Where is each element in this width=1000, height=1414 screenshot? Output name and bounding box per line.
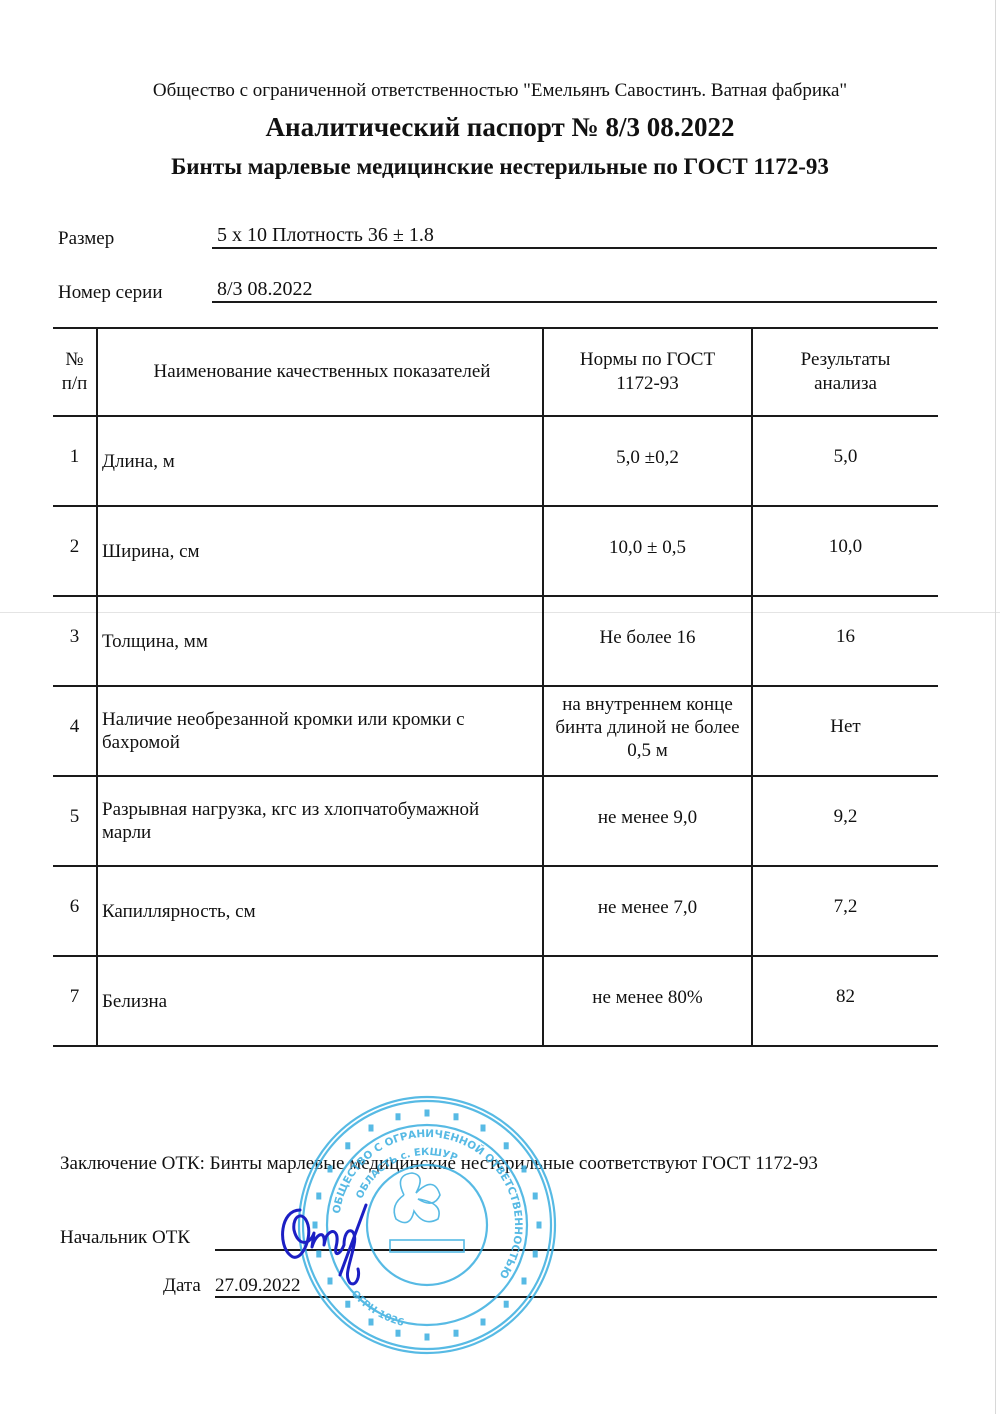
row-result: 16 [752,596,938,686]
row-gost-norm: не менее 7,0 [543,866,752,956]
row-num: 1 [53,416,97,506]
row-num: 4 [53,686,97,776]
size-underline [212,247,937,249]
table-row: 2Ширина, см10,0 ± 0,510,0 [53,506,938,596]
header-num: № п/п [53,328,97,416]
header-name: Наименование качественных показателей [97,328,543,416]
row-result: 5,0 [752,416,938,506]
signer-label: Начальник ОТК [60,1227,190,1249]
header-norm: Нормы по ГОСТ 1172-93 [543,328,752,416]
row-gost-norm: не менее 9,0 [543,776,752,866]
row-num: 5 [53,776,97,866]
row-result: 82 [752,956,938,1046]
document-title: Аналитический паспорт № 8/3 08.2022 [0,112,1000,143]
row-indicator-name: Толщина, мм [97,596,543,686]
table-row: 7Белизнане менее 80%82 [53,956,938,1046]
row-result: 10,0 [752,506,938,596]
row-num: 3 [53,596,97,686]
row-indicator-name: Наличие необрезанной кромки или кромки с… [97,686,543,776]
date-label: Дата [163,1275,201,1297]
handwritten-signature-icon [270,1185,400,1295]
quality-indicators-table: № п/п Наименование качественных показате… [53,327,938,1047]
row-gost-norm: на внутреннем конце бинта длиной не боле… [543,686,752,776]
table-row: 5Разрывная нагрузка, кгс из хлопчатобума… [53,776,938,866]
table-header-row: № п/п Наименование качественных показате… [53,328,938,416]
series-value: 8/3 08.2022 [217,278,313,301]
row-result: Нет [752,686,938,776]
row-num: 2 [53,506,97,596]
row-indicator-name: Длина, м [97,416,543,506]
row-indicator-name: Капиллярность, см [97,866,543,956]
row-gost-norm: 10,0 ± 0,5 [543,506,752,596]
table-row: 6Капиллярность, смне менее 7,07,2 [53,866,938,956]
row-gost-norm: 5,0 ±0,2 [543,416,752,506]
table-row: 4Наличие необрезанной кромки или кромки … [53,686,938,776]
row-num: 7 [53,956,97,1046]
row-gost-norm: не менее 80% [543,956,752,1046]
series-underline [212,301,937,303]
row-result: 9,2 [752,776,938,866]
row-result: 7,2 [752,866,938,956]
size-label: Размер [58,228,114,250]
header-result: Результаты анализа [752,328,938,416]
row-indicator-name: Ширина, см [97,506,543,596]
row-indicator-name: Белизна [97,956,543,1046]
table-row: 3Толщина, ммНе более 1616 [53,596,938,686]
scan-edge-line [995,0,996,1414]
row-indicator-name: Разрывная нагрузка, кгс из хлопчатобумаж… [97,776,543,866]
table-row: 1Длина, м5,0 ±0,25,0 [53,416,938,506]
document-subtitle: Бинты марлевые медицинские нестерильные … [0,154,1000,180]
series-label: Номер серии [58,282,163,304]
organization-name: Общество с ограниченной ответственностью… [0,80,1000,102]
row-gost-norm: Не более 16 [543,596,752,686]
size-value: 5 х 10 Плотность 36 ± 1.8 [217,224,434,247]
row-num: 6 [53,866,97,956]
